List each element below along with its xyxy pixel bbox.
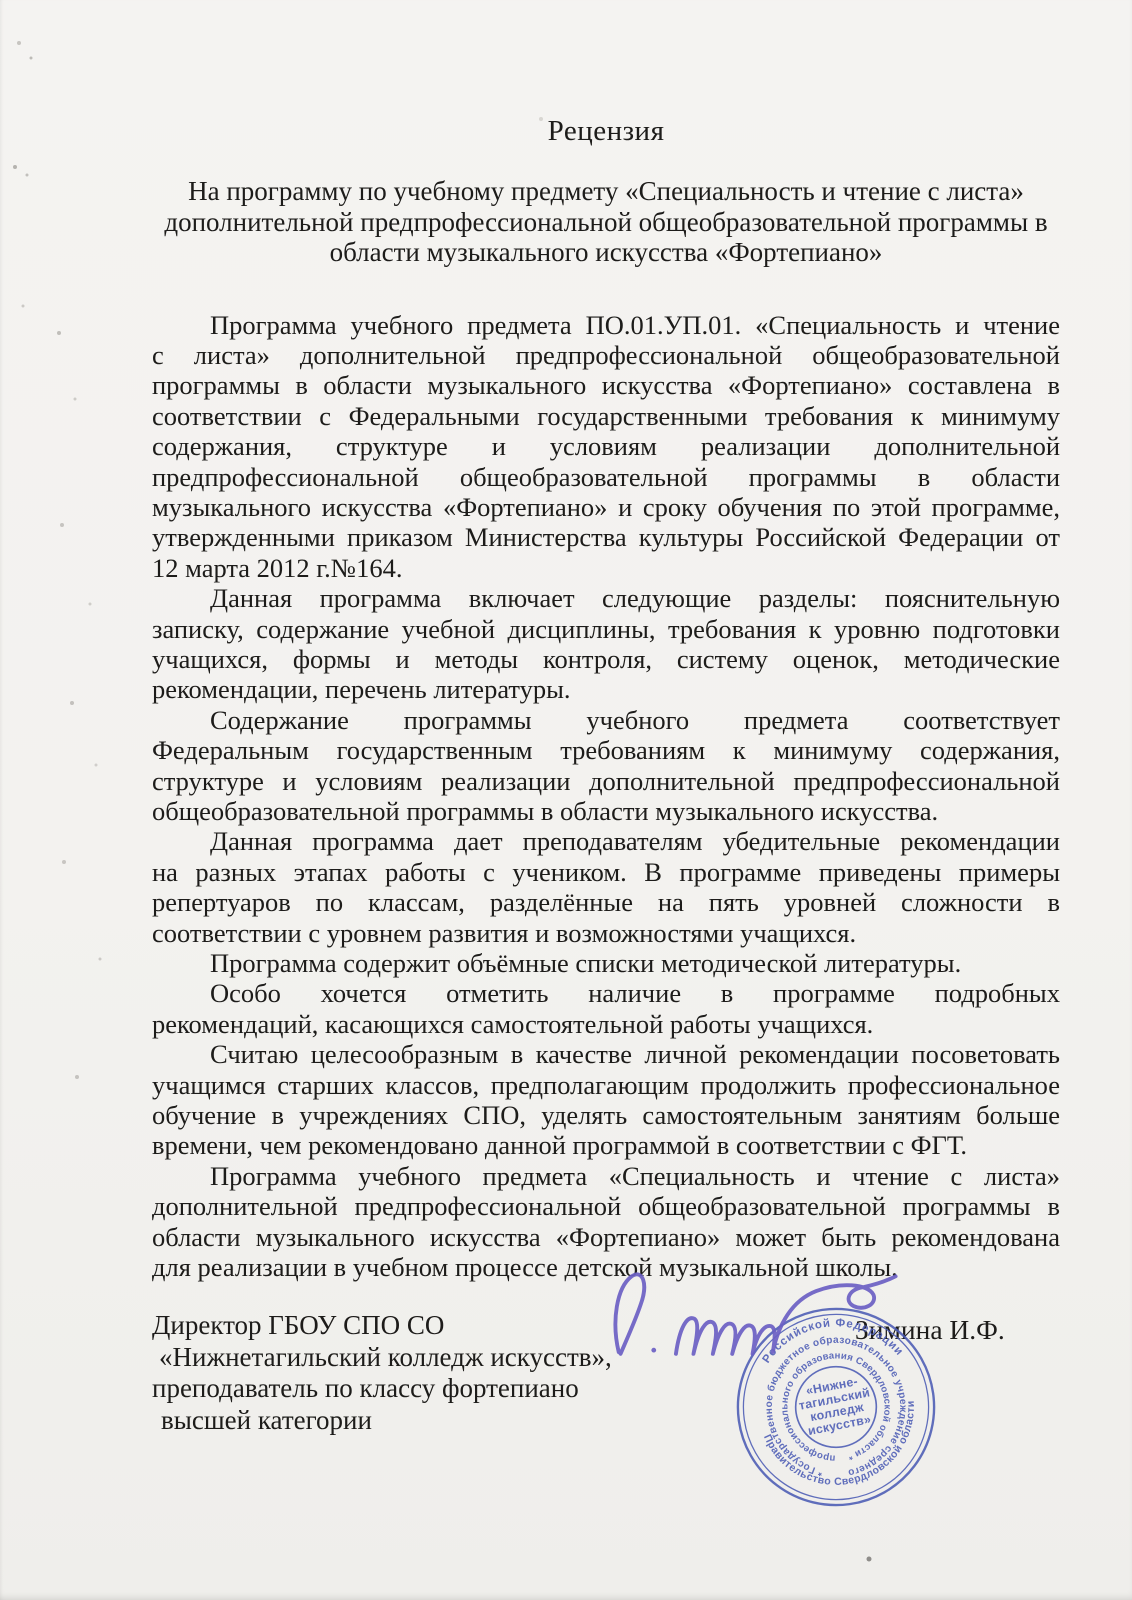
body-line: Особо хочется отметить наличие в програм… xyxy=(152,978,1060,1008)
signature-flourish xyxy=(676,1276,896,1354)
signature-strokes xyxy=(615,1274,895,1353)
body-line: Данная программа включает следующие разд… xyxy=(152,583,1060,613)
document-subtitle: На программу по учебному предмету «Специ… xyxy=(152,176,1060,268)
body-line: Программа содержит объёмные списки метод… xyxy=(152,948,1060,978)
body-line: Программа учебного предмета «Специальнос… xyxy=(152,1161,1060,1191)
body-line: учащихся, формы и методы контроля, систе… xyxy=(152,644,1060,674)
body-line: утвержденными приказом Министерства куль… xyxy=(152,522,1060,552)
scanned-document-page: Рецензия На программу по учебному предме… xyxy=(0,0,1132,1600)
body-line: Содержание программы учебного предмета с… xyxy=(152,705,1060,735)
body-line: структуре и условиям реализации дополнит… xyxy=(152,766,1060,796)
body-line: Федеральным государственным требованиям … xyxy=(152,735,1060,765)
stamp-center-text: «Нижне- тагильский колледж искусств» xyxy=(795,1372,876,1439)
subtitle-line: На программу по учебному предмету «Специ… xyxy=(152,176,1060,207)
signer-line: «Нижнетагильский колледж искусств», xyxy=(152,1342,612,1374)
body-line: рекомендации, перечень литературы. xyxy=(152,674,1060,704)
signature-initial xyxy=(615,1274,644,1353)
signer-position-block: Директор ГБОУ СПО СО «Нижнетагильский ко… xyxy=(152,1310,612,1436)
body-line: дополнительной предпрофессиональной обще… xyxy=(152,1191,1060,1221)
body-line: Считаю целесообразным в качестве личной … xyxy=(152,1039,1060,1069)
body-line: общеобразовательной программы в области … xyxy=(152,796,1060,826)
body-line: с листа» дополнительной предпрофессионал… xyxy=(152,340,1060,370)
body-line: времени, чем рекомендовано данной програ… xyxy=(152,1130,1060,1160)
document-title: Рецензия xyxy=(152,0,1060,148)
body-line: Программа учебного предмета ПО.01.УП.01.… xyxy=(152,310,1060,340)
body-line: соответствии с уровнем развития и возмож… xyxy=(152,918,1060,948)
signer-line: преподаватель по классу фортепиано xyxy=(152,1373,612,1405)
signature-dot xyxy=(651,1348,656,1353)
body-line: соответствии с Федеральными государствен… xyxy=(152,401,1060,431)
body-line: записку, содержание учебной дисциплины, … xyxy=(152,614,1060,644)
subtitle-line: дополнительной предпрофессиональной обще… xyxy=(152,207,1060,238)
scan-noise-speckles xyxy=(0,0,2,2)
body-line: обучение в учреждениях СПО, уделять само… xyxy=(152,1100,1060,1130)
signer-line: высшей категории xyxy=(152,1405,612,1437)
body-line: Данная программа дает преподавателям убе… xyxy=(152,826,1060,856)
body-line: содержания, структуре и условиям реализа… xyxy=(152,431,1060,461)
signer-line: Директор ГБОУ СПО СО xyxy=(152,1310,612,1342)
handwritten-signature xyxy=(592,1256,902,1376)
body-line: программы в области музыкального искусст… xyxy=(152,370,1060,400)
body-line: музыкального искусства «Фортепиано» и ср… xyxy=(152,492,1060,522)
body-line: на разных этапах работы с учеником. В пр… xyxy=(152,857,1060,887)
document-content: Рецензия На программу по учебному предме… xyxy=(152,0,1060,1283)
body-line: области музыкального искусства «Фортепиа… xyxy=(152,1222,1060,1252)
subtitle-line: области музыкального искусства «Фортепиа… xyxy=(152,237,1060,268)
body-line: предпрофессиональной общеобразовательной… xyxy=(152,462,1060,492)
document-body: Программа учебного предмета ПО.01.УП.01.… xyxy=(152,310,1060,1283)
body-line: рекомендаций, касающихся самостоятельной… xyxy=(152,1009,1060,1039)
body-line: 12 марта 2012 г.№164. xyxy=(152,553,1060,583)
body-line: учащимся старших классов, предполагающим… xyxy=(152,1070,1060,1100)
body-line: репертуаров по классам, разделённые на п… xyxy=(152,887,1060,917)
